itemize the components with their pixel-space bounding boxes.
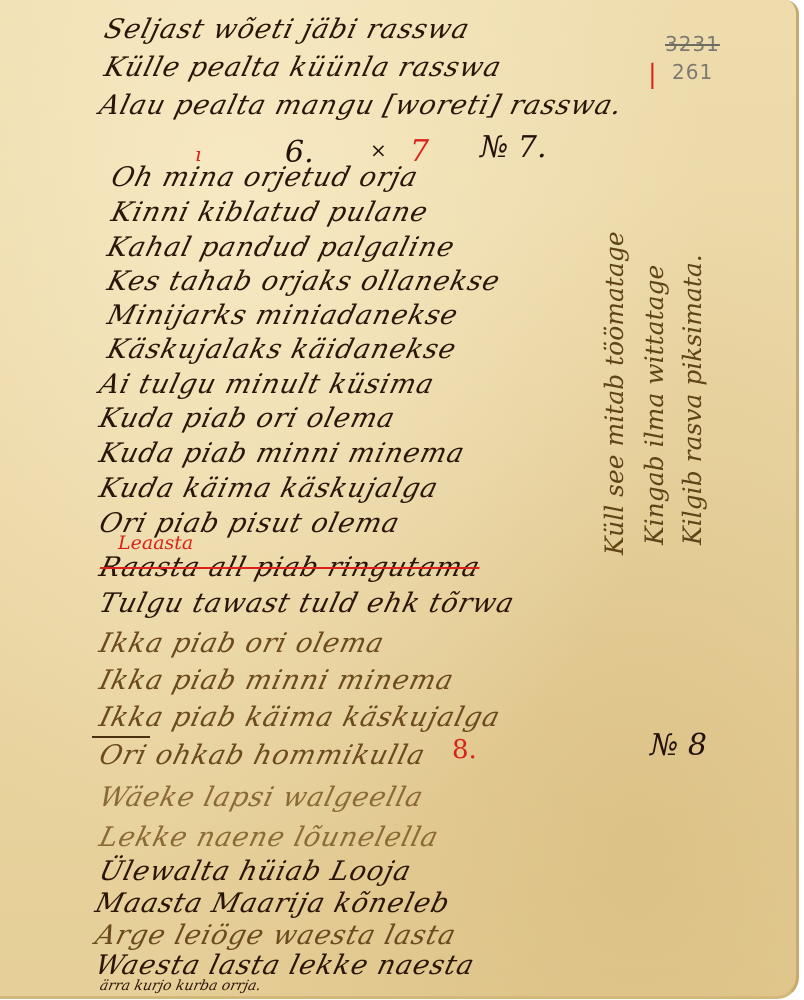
song-line: Kes tahab orjaks ollanekse (104, 266, 504, 297)
top-line-1: Seljast wõeti jäbi rasswa (101, 14, 473, 45)
song-line: Kuda piab minni minema (96, 438, 468, 469)
song-line: Ikka piab käima käskujalga (96, 702, 504, 733)
song-line: Käskujalaks käidanekse (104, 334, 460, 365)
top-line-2: Külle pealta küünla rasswa (101, 52, 505, 83)
song-number-7: № 7. (480, 130, 547, 165)
song-line: Ai tulgu minult küsima (96, 369, 438, 400)
song-line: Oh mina orjetud orja (108, 162, 421, 193)
song-line: Minijarks miniadanekse (104, 300, 462, 331)
manuscript-page: 3231 261 Seljast wõeti jäbi rasswa Külle… (0, 0, 799, 999)
song-number-8: № 8 (650, 728, 707, 763)
side-note-line-1: Küll see mitab töömatage (600, 231, 629, 555)
archive-number: 261 (672, 60, 713, 84)
song-line: Arge leiöge waesta lasta (92, 920, 459, 951)
archive-number-struck: 3231 (665, 32, 720, 56)
footnote: ärra kurjo kurba orrja. (98, 978, 262, 994)
song-line: Tulgu tawast tuld ehk tõrwa (96, 588, 518, 619)
cross-mark: × (370, 138, 387, 162)
song-line: Kinni kiblatud pulane (108, 197, 431, 228)
song-line: Ikka piab ori olema (96, 628, 388, 659)
song-line: Ori ohkab hommikulla (96, 740, 429, 771)
song-line: Wäeke lapsi walgeella (96, 782, 427, 813)
side-note-line-2: Kingab ilma wittatage (640, 265, 669, 545)
red-correction-leaasta: Leaasta (118, 532, 193, 554)
song-line: Kahal pandud palgaline (104, 232, 458, 263)
song-line: Maasta Maarija kõneleb (92, 888, 453, 919)
red-line-number-8: 8. (452, 735, 477, 765)
song-line: Ülewalta hüiab Looja (96, 856, 415, 887)
song-line: Lekke naene lõunelella (96, 822, 442, 853)
song-line: Kuda piab ori olema (96, 403, 398, 434)
underline-mark (92, 736, 150, 738)
side-note-line-3: Kilgib rasva piksimata. (678, 254, 707, 545)
song-line: Raasta all piab ringutama (96, 552, 483, 583)
song-line: Ikka piab minni minema (96, 665, 457, 696)
song-line: Waesta lasta lekke naesta (92, 950, 478, 981)
red-tick-mark: | (648, 60, 657, 90)
top-line-3: Alau pealta mangu [woreti] rasswa. (96, 90, 626, 121)
song-line: Kuda käima käskujalga (96, 473, 442, 504)
